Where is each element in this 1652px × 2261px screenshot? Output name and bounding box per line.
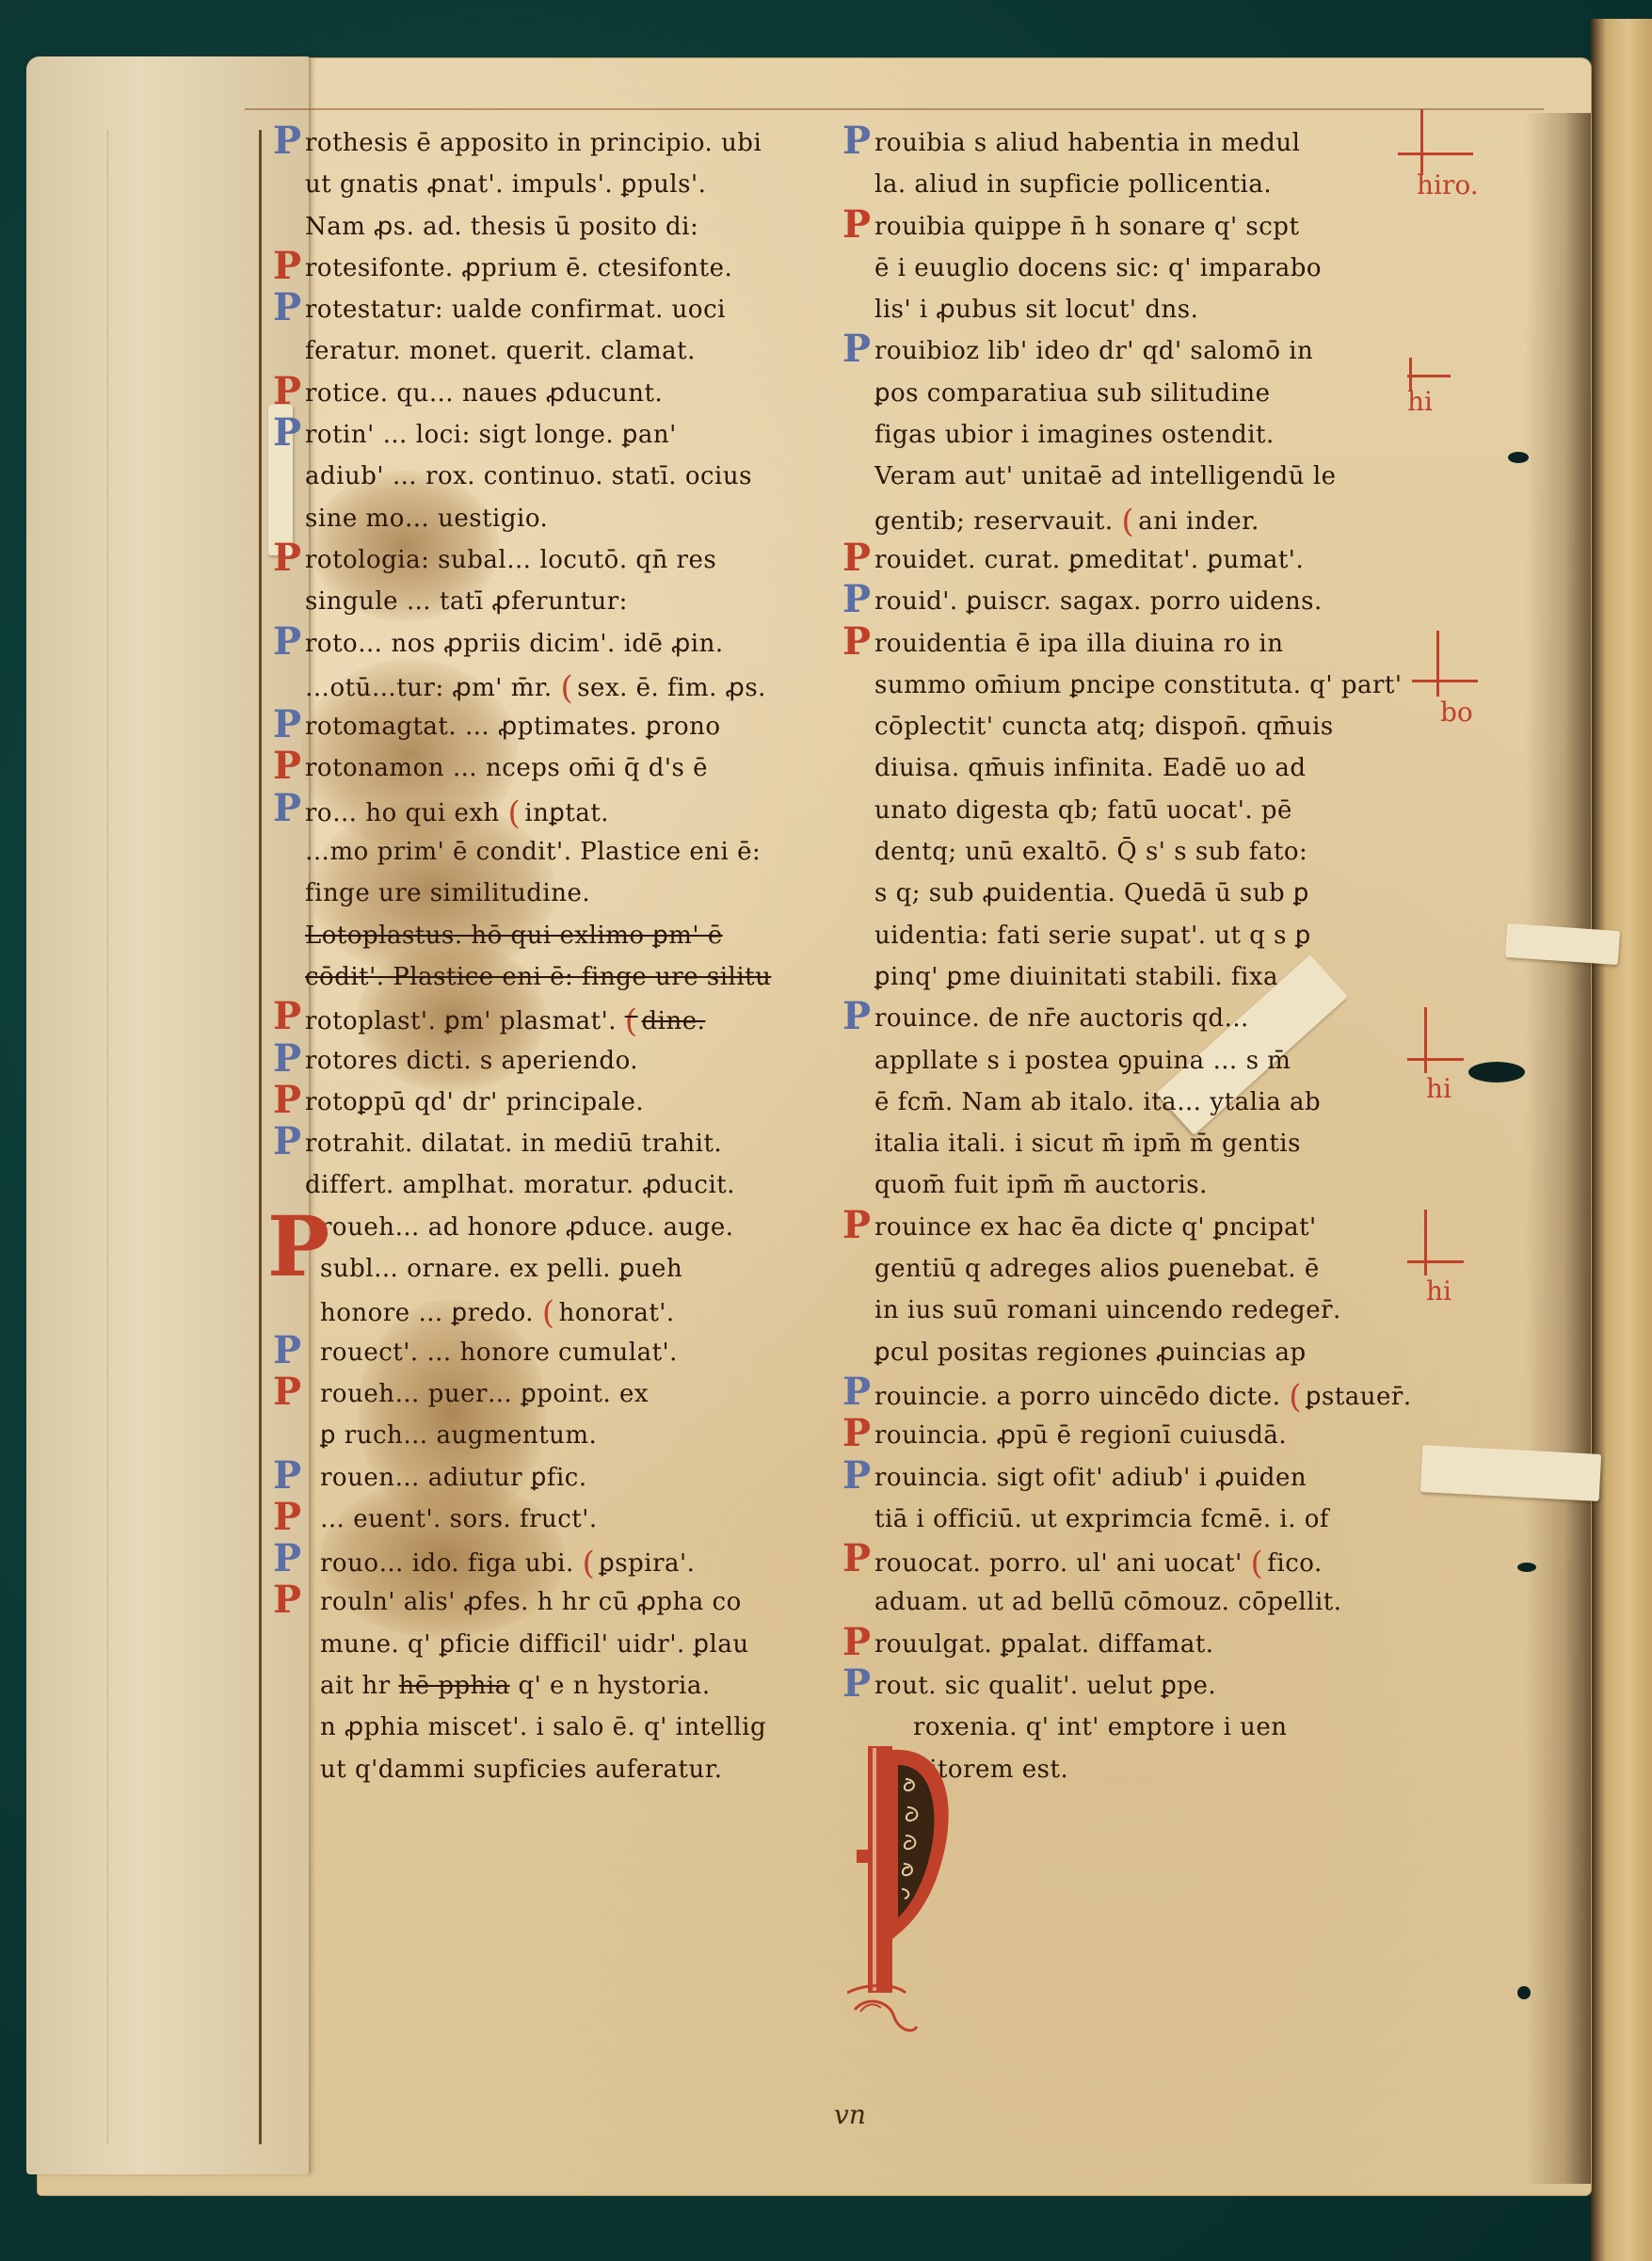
text-line: Prout. sic qualit'. uelut ꝑpe. <box>842 1665 1388 1707</box>
text-line: la. aliud in supficie pollicentia. <box>842 164 1388 205</box>
rubric-initial: P <box>842 1203 872 1248</box>
rubric-initial: P <box>273 744 302 789</box>
text-line: dentq; unū exaltō. Q̄ s' s sub fato: <box>842 831 1388 873</box>
rubric-initial: P <box>273 1078 302 1123</box>
worm-hole <box>1468 1062 1525 1082</box>
text-line: sine mo… uestigio. <box>273 498 819 539</box>
right-column: Prouibia s aliud habentia in medul la. a… <box>842 122 1388 1790</box>
text-line: honore … ꝑredo. honorat'. <box>273 1290 819 1331</box>
text-line: Prouocat. porro. ul' ani uocat' fico. <box>842 1540 1388 1581</box>
text-line: aduam. ut ad bellū cōmouz. cōpellit. <box>842 1581 1388 1623</box>
bracketed-overflow: ani inder. <box>1121 507 1259 536</box>
rubric-initial: P <box>273 1495 302 1540</box>
rubric-initial: P <box>273 244 302 289</box>
rubric-initial: P <box>273 1370 302 1415</box>
text-line: figas ubior i imagines ostendit. <box>842 414 1388 456</box>
text-line: ē fcm̄. Nam ab italo. ita… ytalia ab <box>842 1082 1388 1123</box>
margin-note: hiro. <box>1417 169 1479 200</box>
text-line: uidentia: fati serie supat'. ut q s ꝑ <box>842 915 1388 956</box>
text-line: Protonamon … nceps om̄i q̄ d's ē <box>273 747 819 789</box>
text-line: lis' i ꝓubus sit locut' dns. <box>842 289 1388 330</box>
text-line: Prouibioz lib' ideo dr' qd' salomō in <box>842 330 1388 372</box>
rubric-initial: P <box>842 619 872 665</box>
text-line: diuisa. qm̄uis infinita. Eadē uo ad <box>842 747 1388 789</box>
text-line: gentib; reservauit. ani inder. <box>842 498 1388 539</box>
rubric-initial: P <box>842 1620 872 1665</box>
bracketed-overflow: ꝑstauer̄. <box>1289 1383 1411 1411</box>
text-line: Proueh… ad honore ꝓduce. auge. <box>273 1207 819 1248</box>
text-line: …otū…tur: ꝓm' m̄r. sex. ē. fim. ꝓs. <box>273 665 819 706</box>
rubric-initial: P <box>842 994 872 1039</box>
text-line: feratur. monet. querit. clamat. <box>273 330 819 372</box>
rubric-initial: P <box>842 1536 872 1581</box>
book-binding-spine <box>1591 19 1652 2261</box>
text-line: Prouidentia ē ipa illa diuina ro in <box>842 623 1388 665</box>
bracketed-overflow: fico. <box>1251 1549 1323 1578</box>
margin-note: bo <box>1440 697 1473 728</box>
text-line: Prouince. de nr̄e auctoris qd… <box>842 998 1388 1039</box>
text-line: Protestatur: ualde confirmat. uoci <box>273 289 819 330</box>
text-line: mune. q' ꝑficie difficil' uidr'. ꝑlau <box>273 1624 819 1665</box>
rubric-initial: P <box>842 1661 872 1707</box>
guard-fold-line <box>107 130 262 2144</box>
rubric-initial: P <box>273 410 302 456</box>
text-line: ē i euuglio docens sic: q' imparabo <box>842 248 1388 289</box>
text-line: Pro… ho qui exh inꝑtat. <box>273 790 819 831</box>
text-line: Prouibia quippe n̄ h sonare q' scpt <box>842 206 1388 248</box>
text-line: cōplectit' cuncta atq; dispon̄. qm̄uis <box>842 706 1388 747</box>
text-line: ꝑinq' ꝑme diuinitati stabili. fixa <box>842 956 1388 998</box>
bracketed-overflow: ꝑspira'. <box>583 1549 696 1578</box>
rubric-initial: P <box>273 536 302 581</box>
text-line: Prouidet. curat. ꝑmeditat'. ꝑumat'. <box>842 539 1388 581</box>
text-line: ꝑos comparatiua sub silitudine <box>842 373 1388 414</box>
text-line: Prouect'. … honore cumulat'. <box>273 1332 819 1373</box>
text-line: ut q'dammi supficies auferatur. <box>273 1749 819 1790</box>
repair-tape <box>1420 1445 1601 1501</box>
rubric-initial: P <box>842 1411 872 1456</box>
text-line: Protoꝑpū qd' dr' principale. <box>273 1082 819 1123</box>
worm-hole <box>1508 452 1529 463</box>
text-line: Veram aut' unitaē ad intelligendū le <box>842 456 1388 497</box>
text-line: Prouen… adiutur ꝑfic. <box>273 1457 819 1499</box>
worm-hole <box>1517 1986 1531 1999</box>
rubric-initial: P <box>273 1328 302 1373</box>
rubric-initial: P <box>273 285 302 330</box>
text-line: unato digesta qb; fatū uocat'. pē <box>842 790 1388 831</box>
rubric-initial: P <box>842 577 872 622</box>
text-line: Protin' … loci: sigt longe. ꝑan' <box>273 414 819 456</box>
bracketed-overflow: sex. ē. fim. ꝓs. <box>560 674 765 702</box>
text-line: appllate s i postea ꝯpuina … s m̄ <box>842 1040 1388 1082</box>
rubric-initial: P <box>842 1453 872 1499</box>
bracketed-overflow: dine. <box>625 1007 706 1035</box>
rubric-initial: P <box>842 1370 872 1415</box>
rubric-initial: P <box>273 119 302 164</box>
struck-line: cōdit'. Plastice eni ē: finge ure silitu <box>273 956 819 998</box>
rubric-initial: P <box>273 1036 302 1082</box>
text-line: s q; sub ꝓuidentia. Quedā ū sub ꝑ <box>842 873 1388 914</box>
text-line: Prouibia s aliud habentia in medul <box>842 122 1388 164</box>
text-line: Protoplast'. ꝑm' plasmat'. dine. <box>273 998 819 1039</box>
guard-strip <box>26 56 311 2174</box>
text-line: Protrahit. dilatat. in mediū trahit. <box>273 1123 819 1164</box>
text-line: ꝑ ruch… augmentum. <box>273 1415 819 1456</box>
gutter-shadow <box>1525 113 1591 2184</box>
text-line: Protice. qu… naues ꝓducunt. <box>273 373 819 414</box>
bracketed-overflow: honorat'. <box>542 1299 675 1327</box>
text-line: ait hr hē pphia q' e n hystoria. <box>273 1665 819 1707</box>
folio-mark: vn <box>834 2099 866 2130</box>
text-line: Protores dicti. s aperiendo. <box>273 1040 819 1082</box>
text-line: Prouulgat. ꝑpalat. diffamat. <box>842 1624 1388 1665</box>
margin-note: hi <box>1426 1073 1452 1104</box>
margin-note: hi <box>1426 1275 1452 1307</box>
text-line: Nam ꝓs. ad. thesis ū posito di: <box>273 206 819 248</box>
text-line: ꝑcul positas regiones ꝓuincias ap <box>842 1332 1388 1373</box>
rubric-initial: P <box>273 1453 302 1499</box>
text-line: Protologia: subal… locutō. qn̄ res <box>273 539 819 581</box>
text-line: Prouince ex hac ēa dicte q' ꝑncipat' <box>842 1207 1388 1248</box>
text-line: tiā i officiū. ut exprimcia fcmē. i. of <box>842 1499 1388 1540</box>
rubric-initial: P <box>273 786 302 831</box>
text-line: Prouln' alis' ꝓfes. h hr cū ꝓpha co <box>273 1581 819 1623</box>
text-line: Prouincie. a porro uincēdo dicte. ꝑstaue… <box>842 1373 1388 1415</box>
text-line: in ius suū romani uincendo redeger̄. <box>842 1290 1388 1331</box>
rubric-initial: P <box>273 1119 302 1164</box>
rubric-initial: P <box>842 202 872 248</box>
text-line: quom̄ fuit ipm̄ m̄ auctoris. <box>842 1164 1388 1206</box>
text-line: Prouincia. ꝓpū ē regionī cuiusdā. <box>842 1415 1388 1456</box>
text-line: ut gnatis ꝓnat'. impuls'. ꝑpuls'. <box>273 164 819 205</box>
rubric-initial: P <box>273 994 302 1039</box>
text-line: Prouid'. ꝑuiscr. sagax. porro uidens. <box>842 581 1388 622</box>
text-line: summo om̄ium ꝑncipe constituta. q' part' <box>842 665 1388 706</box>
text-line: adiub' … rox. continuo. statī. ocius <box>273 456 819 497</box>
rubric-initial: P <box>273 619 302 665</box>
text-line: differt. amplhat. moratur. ꝓducit. <box>273 1164 819 1206</box>
text-line: Prouo… ido. figa ubi. ꝑspira'. <box>273 1540 819 1581</box>
text-line: Protomagtat. … ꝓptimates. ꝑrono <box>273 706 819 747</box>
struck-line: Lotoplastus. hō qui exlimo ꝑm' ē <box>273 915 819 956</box>
illuminated-initial-p <box>847 1737 960 2038</box>
top-ruling-line <box>245 108 1544 110</box>
text-line: P… euent'. sors. fruct'. <box>273 1499 819 1540</box>
rubric-initial: P <box>842 119 872 164</box>
worm-hole <box>1517 1563 1536 1572</box>
rubric-initial: P <box>842 536 872 581</box>
rubric-initial: P <box>273 702 302 747</box>
rubric-initial: P <box>273 369 302 414</box>
text-line: …mo prim' ē condit'. Plastice eni ē: <box>273 831 819 873</box>
text-line: Proto… nos ꝓpriis dicim'. idē ꝓin. <box>273 623 819 665</box>
text-line: Protesifonte. ꝓprium ē. ctesifonte. <box>273 248 819 289</box>
rubric-initial: P <box>273 1578 302 1623</box>
text-line: Prouincia. sigt ofit' adiub' i ꝓuiden <box>842 1457 1388 1499</box>
text-line: Proueh… puer… ꝑpoint. ex <box>273 1373 819 1415</box>
left-column: Prothesis ē apposito in principio. ubi u… <box>273 122 819 1790</box>
text-line: subl… ornare. ex pelli. ꝑueh <box>273 1248 819 1290</box>
text-line: gentiū q adreges alios ꝑuenebat. ē <box>842 1248 1388 1290</box>
rubric-initial: P <box>842 327 872 372</box>
rubric-initial: P <box>273 1536 302 1581</box>
text-line: singule … tatī ꝓferuntur: <box>273 581 819 622</box>
text-line: Prothesis ē apposito in principio. ubi <box>273 122 819 164</box>
text-line: finge ure similitudine. <box>273 873 819 914</box>
margin-note: hi <box>1407 386 1433 417</box>
bracketed-overflow: inꝑtat. <box>508 799 610 827</box>
text-line: n ꝓphia miscet'. i salo ē. q' intellig <box>273 1707 819 1748</box>
text-line: italia itali. i sicut m̄ ipm̄ m̄ gentis <box>842 1123 1388 1164</box>
